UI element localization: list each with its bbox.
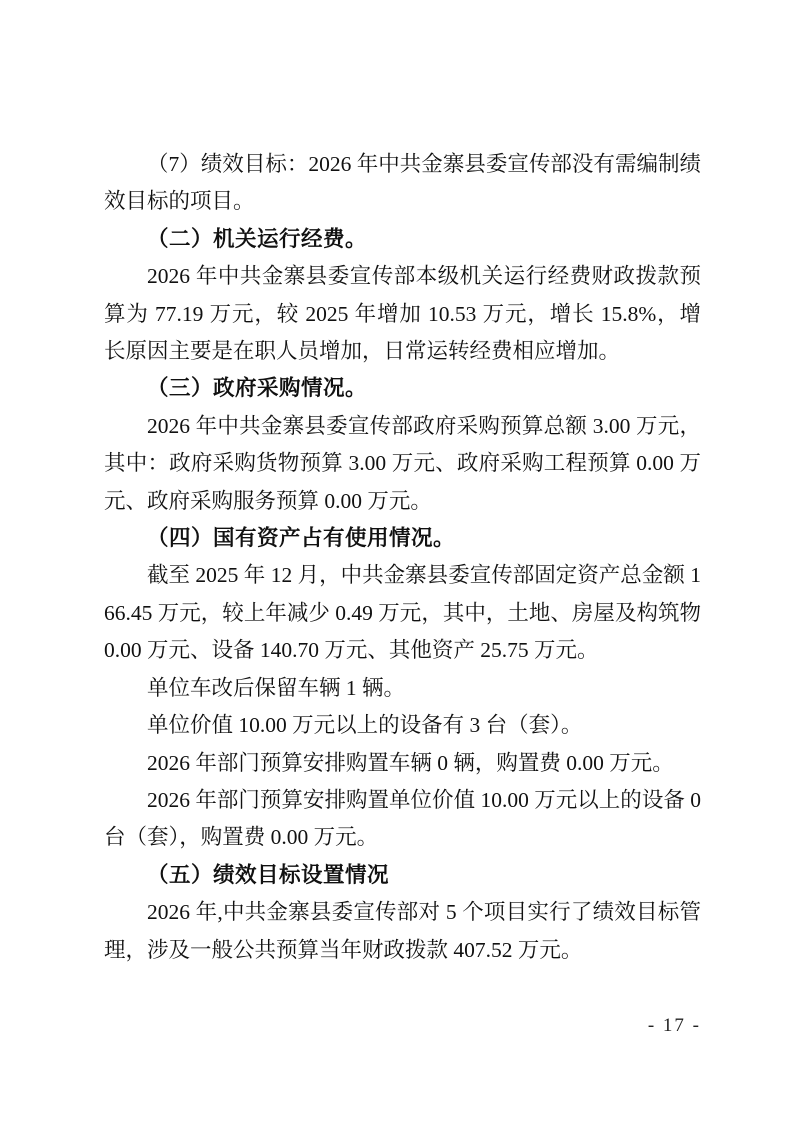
document-body: （7）绩效目标：2026 年中共金寨县委宣传部没有需编制绩效目标的项目。（二）机… <box>104 146 701 969</box>
paragraph: （7）绩效目标：2026 年中共金寨县委宣传部没有需编制绩效目标的项目。 <box>104 146 701 221</box>
section-heading: （四）国有资产占有使用情况。 <box>104 520 701 557</box>
page-number: - 17 - <box>104 1012 701 1040</box>
section-heading: （五）绩效目标设置情况 <box>104 857 701 894</box>
paragraph: 截至 2025 年 12 月，中共金寨县委宣传部固定资产总金额 166.45 万… <box>104 557 701 669</box>
paragraph: 2026 年部门预算安排购置车辆 0 辆，购置费 0.00 万元。 <box>104 745 701 782</box>
paragraph: 2026 年部门预算安排购置单位价值 10.00 万元以上的设备 0 台（套），… <box>104 782 701 857</box>
section-heading: （二）机关运行经费。 <box>104 221 701 258</box>
paragraph: 2026 年中共金寨县委宣传部本级机关运行经费财政拨款预算为 77.19 万元，… <box>104 258 701 370</box>
document-page: （7）绩效目标：2026 年中共金寨县委宣传部没有需编制绩效目标的项目。（二）机… <box>0 0 793 1122</box>
paragraph: 2026 年中共金寨县委宣传部政府采购预算总额 3.00 万元，其中：政府采购货… <box>104 408 701 520</box>
paragraph: 单位价值 10.00 万元以上的设备有 3 台（套）。 <box>104 707 701 744</box>
section-heading: （三）政府采购情况。 <box>104 370 701 407</box>
paragraph: 单位车改后保留车辆 1 辆。 <box>104 670 701 707</box>
paragraph: 2026 年,中共金寨县委宣传部对 5 个项目实行了绩效目标管理，涉及一般公共预… <box>104 894 701 969</box>
